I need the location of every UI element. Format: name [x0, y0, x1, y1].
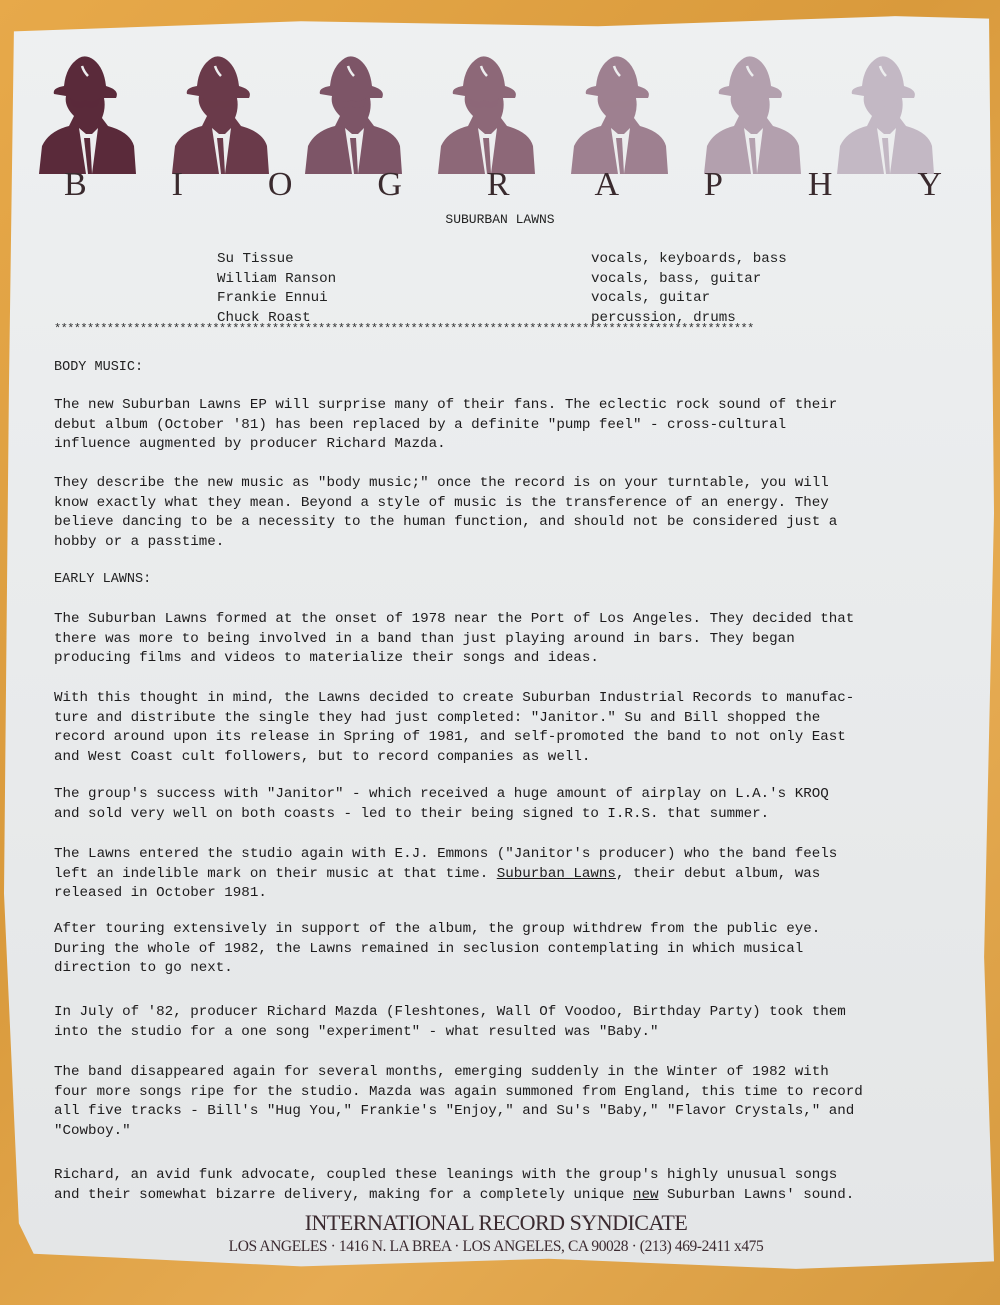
- member-name: Frankie Ennui: [217, 289, 591, 309]
- fedora-man-icon: [423, 46, 548, 176]
- member-name: William Ranson: [217, 270, 591, 290]
- title-letter: I: [172, 166, 185, 204]
- fedora-man-icon: [689, 46, 814, 176]
- fedora-man-icon: [290, 46, 415, 176]
- section-heading-early-lawns: EARLY LAWNS:: [54, 572, 151, 587]
- paragraph: The Lawns entered the studio again with …: [54, 845, 964, 904]
- paragraph: They describe the new music as "body mus…: [54, 474, 964, 552]
- member-row: Frankie Ennui vocals, guitar: [217, 289, 787, 309]
- section-heading-body-music: BODY MUSIC:: [54, 360, 143, 375]
- asterisk-divider: ****************************************…: [54, 322, 939, 336]
- member-role: vocals, bass, guitar: [591, 270, 761, 290]
- fedora-man-icon: [556, 46, 681, 176]
- paragraph: The new Suburban Lawns EP will surprise …: [54, 396, 964, 455]
- member-role: vocals, keyboards, bass: [591, 250, 787, 270]
- title-letter: O: [268, 166, 295, 204]
- emphasis: new: [633, 1187, 659, 1203]
- member-row: Su Tissue vocals, keyboards, bass: [217, 250, 787, 270]
- member-row: William Ranson vocals, bass, guitar: [217, 270, 787, 290]
- paragraph: Richard, an avid funk advocate, coupled …: [54, 1166, 964, 1205]
- title-letter: G: [377, 166, 404, 204]
- title-letter: Y: [917, 166, 944, 204]
- paragraph: After touring extensively in support of …: [54, 920, 964, 979]
- company-name: INTERNATIONAL RECORD SYNDICATE: [0, 1210, 992, 1236]
- header-illustration: [24, 46, 954, 176]
- member-name: Su Tissue: [217, 250, 591, 270]
- paragraph: In July of '82, producer Richard Mazda (…: [54, 1003, 964, 1042]
- company-address: LOS ANGELES · 1416 N. LA BREA · LOS ANGE…: [0, 1238, 992, 1256]
- title-letter: A: [595, 166, 622, 204]
- fedora-man-icon: [822, 46, 947, 176]
- album-title: Suburban Lawns: [497, 866, 616, 882]
- title-letter: R: [487, 166, 512, 204]
- biography-title: BIOGRAPHY: [64, 166, 944, 204]
- paragraph: The Suburban Lawns formed at the onset o…: [54, 610, 964, 669]
- paragraph: With this thought in mind, the Lawns dec…: [54, 689, 964, 767]
- title-letter: P: [704, 166, 725, 204]
- member-role: vocals, guitar: [591, 289, 710, 309]
- title-letter: B: [64, 166, 89, 204]
- text: Suburban Lawns' sound.: [659, 1187, 855, 1203]
- title-letter: H: [808, 166, 835, 204]
- paragraph: The band disappeared again for several m…: [54, 1063, 964, 1141]
- fedora-man-icon: [24, 46, 149, 176]
- fedora-man-icon: [157, 46, 282, 176]
- member-list: Su Tissue vocals, keyboards, bass Willia…: [217, 250, 787, 328]
- paragraph: The group's success with "Janitor" - whi…: [54, 785, 964, 824]
- band-name: SUBURBAN LAWNS: [0, 212, 1000, 227]
